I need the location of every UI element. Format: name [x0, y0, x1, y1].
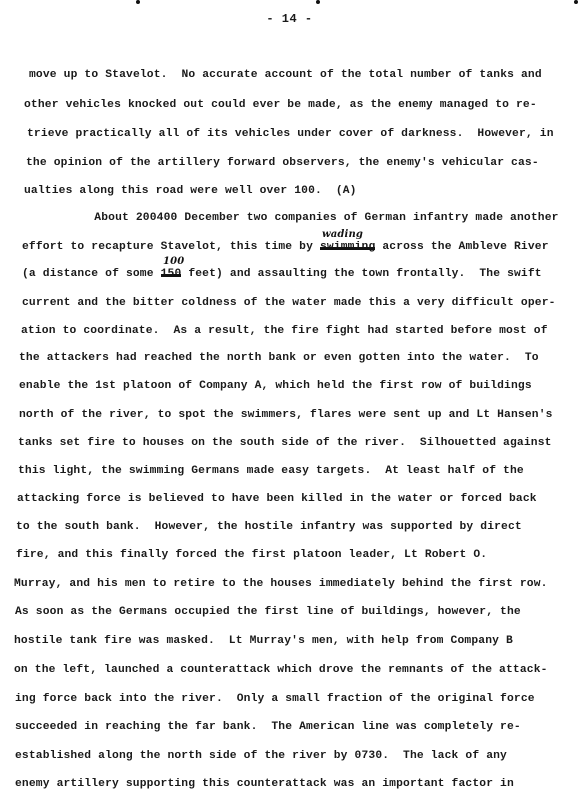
text-line: About 200400 December two companies of G…: [25, 212, 559, 224]
text-line: fire, and this finally forced the first …: [16, 549, 487, 561]
text-line: (a distance of some 150 feet) and assaul…: [22, 268, 542, 280]
handwritten-correction: 100: [163, 256, 184, 267]
text-line: tanks set fire to houses on the south si…: [18, 437, 552, 449]
text-line: current and the bitter coldness of the w…: [22, 297, 556, 309]
text-line: ualties along this road were well over 1…: [24, 185, 357, 197]
text-line: trieve practically all of its vehicles u…: [27, 128, 554, 140]
scan-speck: [136, 0, 140, 4]
scan-speck: [574, 0, 578, 4]
text-line: established along the north side of the …: [15, 750, 507, 762]
text-line: on the left, launched a counterattack wh…: [14, 664, 548, 676]
text-line: As soon as the Germans occupied the firs…: [15, 606, 521, 618]
text-line: other vehicles knocked out could ever be…: [24, 99, 537, 111]
text-line: move up to Stavelot. No accurate account…: [29, 69, 542, 81]
text-line: enable the 1st platoon of Company A, whi…: [19, 380, 532, 392]
text-line: succeeded in reaching the far bank. The …: [15, 721, 521, 733]
line-segment: across the Ambleve River: [375, 241, 548, 253]
struck-through-word: swimming: [320, 241, 375, 253]
text-line: this light, the swimming Germans made ea…: [18, 465, 524, 477]
scan-speck: [316, 0, 320, 4]
text-line: enemy artillery supporting this countera…: [15, 778, 514, 790]
page-number: - 14 -: [0, 12, 579, 26]
text-line: Murray, and his men to retire to the hou…: [14, 578, 548, 590]
text-line: attacking force is believed to have been…: [17, 493, 537, 505]
text-line: ing force back into the river. Only a sm…: [15, 693, 535, 705]
handwritten-correction: wading: [322, 229, 363, 240]
text-line: ation to coordinate. As a result, the fi…: [21, 325, 548, 337]
line-segment: (a distance of some: [22, 268, 161, 280]
text-line: to the south bank. However, the hostile …: [16, 521, 522, 533]
line-segment: feet) and assaulting the town frontally.…: [181, 268, 541, 280]
text-line: hostile tank fire was masked. Lt Murray'…: [14, 635, 513, 647]
line-segment: effort to recapture Stavelot, this time …: [22, 241, 320, 253]
text-line: north of the river, to spot the swimmers…: [19, 409, 553, 421]
text-line: the opinion of the artillery forward obs…: [26, 157, 539, 169]
text-line: the attackers had reached the north bank…: [19, 352, 539, 364]
struck-through-word: 150: [161, 268, 182, 280]
document-page: - 14 - move up to Stavelot. No accurate …: [0, 0, 579, 800]
text-line: effort to recapture Stavelot, this time …: [22, 241, 549, 253]
